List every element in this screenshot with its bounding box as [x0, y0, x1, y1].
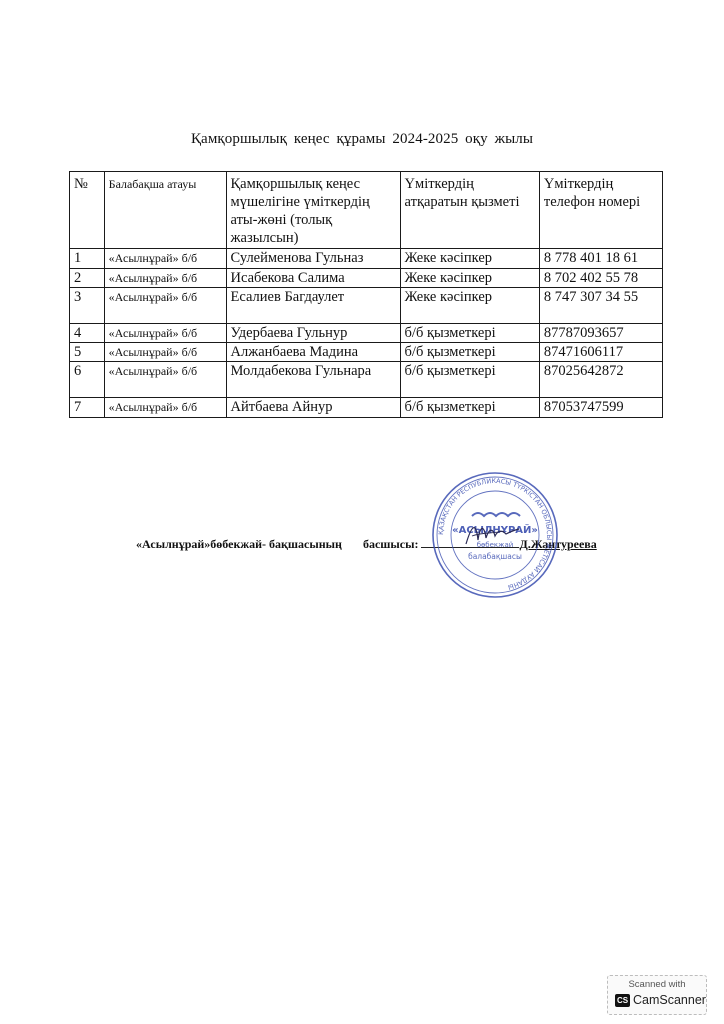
table-row: 1 «Асылнұрай» б/б Сулейменова Гульназ Же… [70, 249, 663, 269]
cell-position: б/б қызметкері [400, 324, 539, 343]
cell-position: б/б қызметкері [400, 362, 539, 398]
cell-phone: 87053747599 [539, 398, 662, 418]
cell-kindergarten: «Асылнұрай» б/б [104, 249, 226, 269]
camscanner-watermark: Scanned with CSCamScanner [607, 975, 707, 1015]
cell-name: Алжанбаева Мадина [226, 343, 400, 362]
cell-phone: 87787093657 [539, 324, 662, 343]
document-title: Қамқоршылық кеңес құрамы 2024-2025 оқу ж… [0, 131, 724, 148]
header-position: Үміткердің атқаратын қызметі [400, 172, 539, 249]
header-kindergarten: Балабақша атауы [104, 172, 226, 249]
cell-number: 3 [70, 288, 105, 324]
camscanner-brand-name: CamScanner [633, 993, 706, 1007]
cell-number: 4 [70, 324, 105, 343]
cell-name: Исабекова Салима [226, 269, 400, 288]
cell-name: Айтбаева Айнур [226, 398, 400, 418]
cell-number: 1 [70, 249, 105, 269]
cell-phone: 87471606117 [539, 343, 662, 362]
cell-name: Есалиев Багдаулет [226, 288, 400, 324]
organization-label: «Асылнұрай»бөбекжай- бақшасының [136, 537, 342, 551]
cell-position: б/б қызметкері [400, 398, 539, 418]
cell-position: Жеке кәсіпкер [400, 269, 539, 288]
cell-position: Жеке кәсіпкер [400, 249, 539, 269]
cell-position: Жеке кәсіпкер [400, 288, 539, 324]
cell-kindergarten: «Асылнұрай» б/б [104, 343, 226, 362]
camscanner-brand: CSCamScanner [615, 993, 706, 1007]
camscanner-logo-icon: CS [615, 994, 630, 1007]
header-phone: Үміткердің телефон номері [539, 172, 662, 249]
header-candidate-name: Қамқоршылық кеңес мүшелігіне үміткердің … [226, 172, 400, 249]
table-row: 3 «Асылнұрай» б/б Есалиев Багдаулет Жеке… [70, 288, 663, 324]
table-row: 6 «Асылнұрай» б/б Молдабекова Гульнара б… [70, 362, 663, 398]
cell-name: Сулейменова Гульназ [226, 249, 400, 269]
cell-kindergarten: «Асылнұрай» б/б [104, 288, 226, 324]
header-number: № [70, 172, 105, 249]
cell-kindergarten: «Асылнұрай» б/б [104, 269, 226, 288]
table-row: 2 «Асылнұрай» б/б Исабекова Салима Жеке … [70, 269, 663, 288]
scanned-with-label: Scanned with [608, 979, 706, 990]
table-row: 5 «Асылнұрай» б/б Алжанбаева Мадина б/б … [70, 343, 663, 362]
cell-phone: 8 702 402 55 78 [539, 269, 662, 288]
signature-scribble-icon [462, 520, 522, 548]
cell-phone: 8 747 307 34 55 [539, 288, 662, 324]
cell-phone: 8 778 401 18 61 [539, 249, 662, 269]
cell-kindergarten: «Асылнұрай» б/б [104, 324, 226, 343]
cell-number: 5 [70, 343, 105, 362]
stamp-line3: балабақшасы [468, 552, 522, 561]
cell-name: Молдабекова Гульнара [226, 362, 400, 398]
cell-kindergarten: «Асылнұрай» б/б [104, 398, 226, 418]
cell-kindergarten: «Асылнұрай» б/б [104, 362, 226, 398]
table-row: 4 «Асылнұрай» б/б Удербаева Гульнур б/б … [70, 324, 663, 343]
cell-position: б/б қызметкері [400, 343, 539, 362]
cell-phone: 87025642872 [539, 362, 662, 398]
cell-number: 2 [70, 269, 105, 288]
table-header-row: № Балабақша атауы Қамқоршылық кеңес мүше… [70, 172, 663, 249]
cell-name: Удербаева Гульнур [226, 324, 400, 343]
cell-number: 7 [70, 398, 105, 418]
cell-number: 6 [70, 362, 105, 398]
council-members-table: № Балабақша атауы Қамқоршылық кеңес мүше… [69, 171, 663, 418]
role-label: басшысы: [363, 537, 419, 551]
table-row: 7 «Асылнұрай» б/б Айтбаева Айнур б/б қыз… [70, 398, 663, 418]
